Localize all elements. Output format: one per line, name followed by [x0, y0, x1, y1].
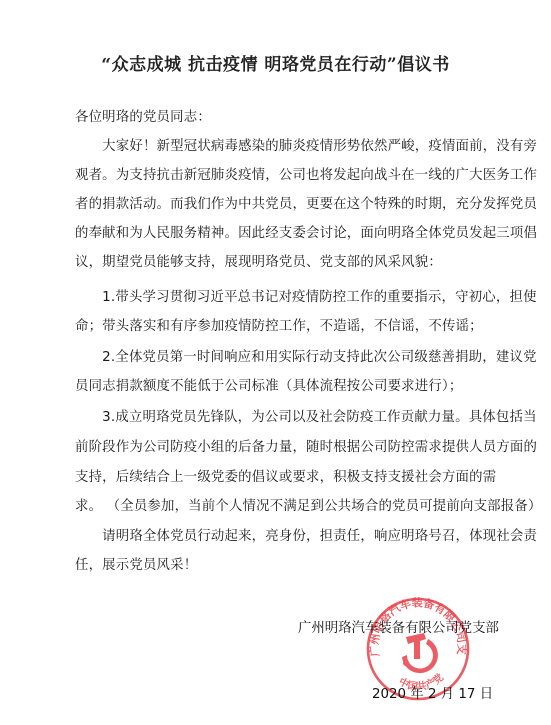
body-line: 命；带头落实和有序参加疫情防控工作，不造谣，不信谣，不传谣；: [75, 315, 483, 334]
body-line: 前阶段作为公司防疫小组的后备力量，随时根据公司防控需求提供人员方面的: [75, 436, 537, 455]
document-title: “众志成城 抗击疫情 明珞党员在行动”倡议书: [0, 50, 551, 75]
body-line: 支持，后续结合上一级党委的倡议或要求，积极支持支援社会方面的需: [75, 466, 496, 485]
body-line: 观者。为支持抗击新冠肺炎疫情，公司也将发起向战斗在一线的广大医务工作: [75, 164, 537, 183]
body-line: 请明珞全体党员行动起来，亮身份，担责任，响应明珞号召，体现社会责: [75, 525, 537, 544]
body-line: 员同志捐款额度不能低于公司标准（具体流程按公司要求进行）；: [75, 375, 462, 394]
body-line: 1.带头学习贯彻习近平总书记对疫情防控工作的重要指示，守初心，担使: [75, 286, 537, 305]
body-line: 议，期望党员能够支持，展现明珞党员、党支部的风采风貌：: [75, 251, 442, 270]
body-line: 3.成立明珞党员先锋队，为公司以及社会防疫工作贡献力量。具体包括当: [75, 406, 537, 425]
document-date: 2020 年 2 月 17 日: [372, 683, 493, 702]
body-line: 任，展示党员风采！: [75, 554, 197, 573]
body-line: 的奉献和为人民服务精神。因此经支委会讨论，面向明珞全体党员发起三项倡: [75, 222, 537, 241]
salutation: 各位明珞的党员同志：: [75, 106, 211, 125]
body-line: 大家好！新型冠状病毒感染的肺炎疫情形势依然严峻，疫情面前，没有旁: [75, 135, 537, 154]
body-line: 求。 （全员参加，当前个人情况不满足到公共场合的党员可提前向支部报备）: [75, 495, 542, 514]
body-line: 者的捐款活动。而我们作为中共党员，更要在这个特殊的时期，充分发挥党员: [75, 193, 537, 212]
body-line: 2.全体党员第一时间响应和用实际行动支持此次公司级慈善捐助，建议党: [75, 346, 537, 365]
signature: 广州明珞汽车装备有限公司党支部: [298, 617, 499, 636]
